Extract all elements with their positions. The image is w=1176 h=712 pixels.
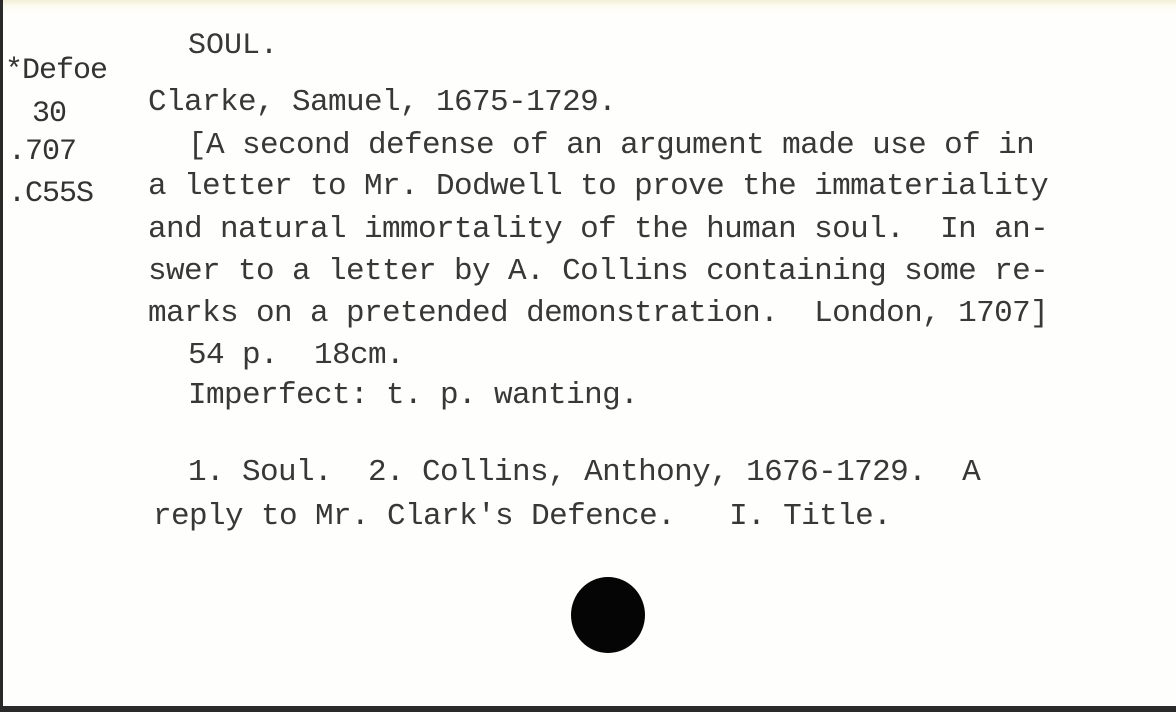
imperfect-note: Imperfect: t. p. wanting. — [188, 378, 638, 414]
main-entry: Clarke, Samuel, 1675-1729. — [148, 85, 616, 121]
punch-hole — [571, 577, 645, 653]
title-line-1: [A second defense of an argument made us… — [188, 128, 1034, 164]
collation: 54 p. 18cm. — [188, 338, 404, 374]
call-number-line-1: *Defoe — [5, 53, 107, 89]
call-number-line-4: .C55S — [8, 176, 93, 212]
subject-heading: SOUL. — [188, 28, 278, 64]
title-line-2: a letter to Mr. Dodwell to prove the imm… — [148, 169, 1048, 205]
title-line-4: swer to a letter by A. Collins containin… — [148, 254, 1048, 290]
call-number-line-2: 30 — [15, 96, 66, 132]
title-line-5: marks on a pretended demonstration. Lond… — [148, 296, 1048, 332]
tracing-line-2: reply to Mr. Clark's Defence. I. Title. — [153, 499, 891, 535]
title-line-3: and natural immortality of the human sou… — [148, 212, 1048, 248]
card-top-edge — [3, 0, 1176, 6]
tracing-line-1: 1. Soul. 2. Collins, Anthony, 1676-1729.… — [188, 455, 980, 491]
call-number-line-3: .707 — [8, 134, 76, 170]
catalog-card: SOUL. *Defoe 30 .707 .C55S Clarke, Samue… — [3, 0, 1176, 706]
